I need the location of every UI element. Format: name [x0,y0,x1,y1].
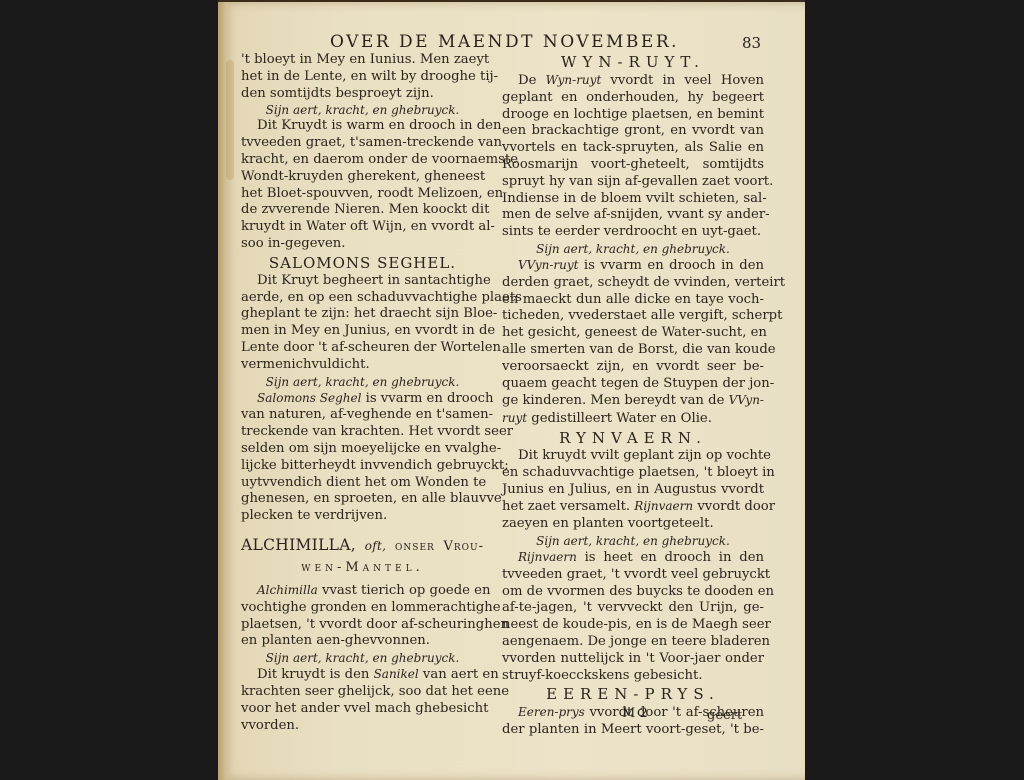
text-fragment: vvordt in veel Hoven [601,73,764,88]
text-line: het in de Lente, en wilt by drooghe tij- [241,69,484,86]
section-heading-eeren-prys: EEREN-PRYS. [502,685,764,703]
heading-text: ALCHIMILLA, [241,536,356,554]
text-line: van naturen, af-veghende en t'samen- [241,407,484,424]
right-column: WYN-RUYT. De Wyn-ruyt vvordt in veel Hov… [502,52,764,739]
text-line: Salomons Seghel is vvarm en drooch [241,390,484,408]
text-line: het gesicht, geneest de Water-sucht, en [502,325,764,342]
text-line: Dit Kruydt is warm en drooch in den [241,118,484,135]
text-line: spruyt hy van sijn af-gevallen zaet voor… [502,174,764,191]
text-line: kracht, en daerom onder de voornaemste [241,152,484,169]
text-line: vochtighe gronden en lommerachtighe [241,600,484,617]
text-line: ghenesen, en sproeten, en alle blauvve [241,491,484,508]
text-line: 't bloeyt in Mey en Iunius. Men zaeyt [241,52,484,69]
section-subheading: Sijn aert, kracht, en ghebruyck. [241,374,484,390]
text-line: krachten seer ghelijck, soo dat het eene [241,684,484,701]
text-line: Roosmarijn voort-gheteelt, somtijdts [502,157,764,174]
text-line: zaeyen en planten voortgeteelt. [502,516,764,533]
text-fragment: is vvarm en drooch [361,391,493,406]
text-line: VVyn-ruyt is vvarm en drooch in den [502,257,764,275]
text-line: ticheden, vvederstaet alle vergift, sche… [502,308,764,325]
left-column: 't bloeyt in Mey en Iunius. Men zaeyt he… [241,52,484,734]
text-line: drooge en lochtige plaetsen, en bemint [502,107,764,124]
text-line: vermenichvuldicht. [241,357,484,374]
italic-term: Sanikel [374,667,419,681]
text-line: een brackachtige gront, en vvordt van [502,123,764,140]
italic-term: Rijnvaern [634,499,693,513]
text-line: der planten in Meert voort-geset, 't be- [502,722,764,739]
text-line: het Bloet-spouvven, roodt Melizoen, en [241,186,484,203]
text-line: en schaduvvachtige plaetsen, 't bloeyt i… [502,465,764,482]
text-line: plaetsen, 't vvordt door af-scheuringhen [241,617,484,634]
text-line: en maeckt dun alle dicke en taye voch- [502,292,764,309]
text-line: ruyt gedistilleert Water en Olie. [502,410,764,428]
italic-term: Wyn-ruyt [546,73,602,87]
text-fragment: Dit kruydt is den [257,667,374,682]
section-heading-salomons-seghel: SALOMONS SEGHEL. [241,254,484,272]
italic-term: Eeren-prys [518,705,585,719]
section-heading-rynvaern: RYNVAERN. [502,429,764,447]
text-line: aengenaem. De jonge en teere bladeren [502,634,764,651]
section-subheading: Sijn aert, kracht, en ghebruyck. [241,102,484,118]
text-line: Junius en Julius, en in Augustus vvordt [502,482,764,499]
text-fragment: vvast tierich op goede en [318,583,491,598]
section-heading-wyn-ruyt: WYN-RUYT. [502,53,764,71]
italic-term: ruyt [502,411,527,425]
text-fragment: De [518,73,546,88]
text-line: treckende van krachten. Het vvordt seer [241,424,484,441]
section-heading-alchimilla-cont: wen-Mantel. [241,557,484,577]
text-line: Indiense in de bloem vvilt schieten, sal… [502,191,764,208]
text-line: voor het ander vvel mach ghebesicht [241,701,484,718]
text-line: tvveeden graet, t'samen-treckende van [241,135,484,152]
text-fragment: is heet en drooch in den [577,550,764,565]
text-line: veroorsaeckt zijn, en vvordt seer be- [502,359,764,376]
text-line: Dit kruydt is den Sanikel van aert en [241,666,484,684]
text-line: vvorden. [241,718,484,735]
text-line: De Wyn-ruyt vvordt in veel Hoven [502,72,764,90]
heading-text: onser Vrou- [395,539,484,554]
text-fragment: is vvarm en drooch in den [578,258,764,273]
italic-term: VVyn-ruyt [518,258,578,272]
italic-term: Rijnvaern [518,550,577,564]
text-line: en planten aen-ghevvonnen. [241,633,484,650]
text-fragment: gedistilleert Water en Olie. [527,411,712,426]
text-line: geplant en onderhouden, hy begeert [502,90,764,107]
section-subheading: Sijn aert, kracht, en ghebruyck. [241,650,484,666]
text-line: quaem geacht tegen de Stuypen der jon- [502,376,764,393]
text-line: Dit kruydt vvilt geplant zijn op vochte [502,448,764,465]
heading-text: wen-Mantel. [301,560,423,575]
page-number: 83 [742,34,761,52]
text-line: Dit Kruyt begheert in santachtighe [241,273,484,290]
section-subheading: Sijn aert, kracht, en ghebruyck. [502,533,764,549]
text-line: Rijnvaern is heet en drooch in den [502,549,764,567]
text-line: vvorden nuttelijck in 't Voor-jaer onder [502,651,764,668]
text-line: ge kinderen. Men bereydt van de VVyn- [502,392,764,410]
italic-term: VVyn- [729,393,764,407]
section-subheading: Sijn aert, kracht, en ghebruyck. [502,241,764,257]
text-line: om de vvormen des buycks te dooden en [502,584,764,601]
text-line: tvveeden graet, 't vvordt veel gebruyckt [502,567,764,584]
text-line: derden graet, scheydt de vvinden, vertei… [502,275,764,292]
catchword: geert [707,708,742,723]
text-line: kruydt in Water oft Wijn, en vvordt al- [241,219,484,236]
text-line: sints te eerder verdroocht en uyt-gaet. [502,224,764,241]
text-line: uytvvendich dient het om Wonden te [241,475,484,492]
heading-text: oft, [365,539,387,553]
text-line: Alchimilla vvast tierich op goede en [241,582,484,600]
text-fragment: het zaet versamelt. [502,499,634,514]
text-line: het zaet versamelt. Rijnvaern vvordt doo… [502,498,764,516]
text-line: Wondt-kruyden gherekent, gheneest [241,169,484,186]
text-line: alle smerten van de Borst, die van koude [502,342,764,359]
spacer [241,525,484,535]
text-line: aerde, en op een schaduvvachtighe plaets [241,290,484,307]
text-fragment: vvordt door [693,499,775,514]
text-line: vvortels en tack-spruyten, als Salie en [502,140,764,157]
text-fragment: ge kinderen. Men bereydt van de [502,393,729,408]
italic-term: Salomons Seghel [257,391,361,405]
section-heading-alchimilla: ALCHIMILLA, oft, onser Vrou- [241,536,484,556]
signature-mark: M 2 [622,706,648,721]
text-line: de zvverende Nieren. Men koockt dit [241,202,484,219]
paper-stain [226,60,234,180]
text-line: soo in-gegeven. [241,236,484,253]
text-line: lijcke bitterheydt invvendich gebruyckt; [241,458,484,475]
text-line: af-te-jagen, 't vervveckt den Urijn, ge- [502,600,764,617]
text-line: struyf-koecckskens gebesicht. [502,668,764,685]
running-head: OVER DE MAENDT NOVEMBER. [330,32,679,52]
text-fragment: van aert en [419,667,499,682]
italic-term: Alchimilla [257,583,318,597]
text-line: men de selve af-snijden, vvant sy ander- [502,207,764,224]
text-line: neest de koude-pis, en is de Maegh seer [502,617,764,634]
text-line: plecken te verdrijven. [241,508,484,525]
text-line: men in Mey en Junius, en vvordt in de [241,323,484,340]
text-line: Lente door 't af-scheuren der Wortelen [241,340,484,357]
text-line: gheplant te zijn: het draecht sijn Bloe- [241,306,484,323]
text-line: selden om sijn moeyelijcke en vvalghe- [241,441,484,458]
text-line: den somtijdts besproeyt zijn. [241,86,484,103]
